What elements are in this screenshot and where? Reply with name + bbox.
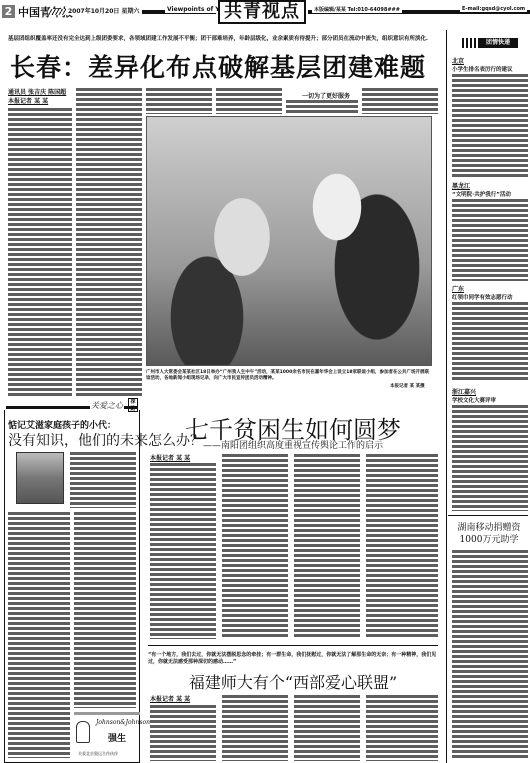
sponsor-slogan: 关爱北京奥运合作伙伴	[78, 751, 118, 757]
story-four-column-4	[366, 695, 438, 761]
brief-title: 学校文化大赛评审	[452, 396, 528, 404]
olympic-emblem-icon	[76, 721, 90, 743]
sidebar-header: 团情快递	[462, 38, 522, 48]
sponsor-ad: Johnson&Johnson 强生 关爱北京奥运合作伙伴	[74, 712, 140, 760]
brief-body	[452, 405, 528, 511]
story-three-column-3	[294, 454, 360, 639]
brief-location: 黑龙江	[452, 181, 470, 190]
story-three-column-4	[366, 454, 438, 639]
page-number: 2	[2, 5, 15, 18]
ad-headline-line-2: 1000万元助学	[450, 534, 528, 546]
hatch-decoration	[48, 9, 66, 15]
issue-date: 2007年10月20日 星期六	[66, 6, 142, 15]
contact-email[interactable]: E-mail:gqsd@cyol.com	[460, 6, 527, 12]
ad-headline-line-1: 湖南移动捐赠资	[450, 522, 528, 534]
brief-body	[452, 74, 528, 178]
editor-info: 本版编辑/某某 Tel:010-64098###	[312, 6, 402, 13]
story-four-column-2	[222, 695, 288, 761]
sidebar-divider	[448, 515, 528, 516]
story-three-byline: 本报记者 某 某	[150, 454, 190, 463]
story-four-quote: “有一个地方，我们去过，你就无法摆脱思念的牵挂；有一群生命，我们抚慰过，你就无法…	[148, 652, 438, 666]
story-four-divider	[148, 645, 438, 646]
byline-reporter: 本报记者 某 某	[8, 97, 48, 106]
child-photo	[16, 452, 64, 504]
ad-body	[452, 550, 528, 760]
brief-body	[452, 302, 528, 382]
story-two-column-c	[74, 512, 136, 708]
ad-headline: 湖南移动捐赠资 1000万元助学	[450, 522, 528, 546]
sidebar-header-label: 团情快递	[478, 38, 518, 48]
story-three-column-1	[150, 463, 216, 639]
story-two-column-a	[70, 452, 136, 508]
brief-title: 红领巾同学有效志愿行动	[452, 293, 528, 301]
lead-paragraph: 基层团组织覆盖率还没有完全达到上级团委要求，各领域团建工作发展不平衡；团干部难培…	[8, 35, 428, 43]
article-column-1	[8, 108, 72, 396]
brief-location: 北京	[452, 56, 464, 65]
brief-title: “文明院·共护我行”活动	[452, 190, 528, 198]
brief-location: 浙江嘉兴	[452, 387, 476, 396]
brief-body	[452, 199, 528, 281]
bars-icon	[462, 38, 476, 48]
story-three-column-2	[222, 454, 288, 639]
subhead-serve: 一切为了更好服务	[286, 91, 366, 100]
byline-correspondent: 通讯员 张吉庆 陈国超	[8, 88, 66, 97]
article-column-2	[76, 88, 142, 396]
story-four-headline: 福建师大有个“西部爱心联盟”	[148, 670, 438, 693]
article-column-3	[146, 88, 212, 114]
story-four-column-3	[294, 695, 360, 761]
main-headline: 长春：差异化布点破解基层团建难题	[8, 48, 428, 84]
sponsor-name-cn: 强生	[108, 731, 126, 744]
article-column-4	[216, 88, 282, 114]
article-column-5	[286, 100, 358, 114]
article-column-6	[362, 88, 438, 114]
story-three-subheadline: ——南阳团组织高度重视宣传舆论工作的启示	[148, 438, 438, 451]
sponsor-brand: Johnson&Johnson	[96, 719, 150, 726]
section-title: 共青视点	[218, 0, 306, 24]
brief-title: 小学生排名表厉行的建议	[452, 65, 528, 73]
story-four-column-1	[150, 705, 216, 761]
news-photo	[146, 116, 432, 366]
story-four-byline: 本报记者 某 某	[150, 695, 190, 704]
photo-caption: 广州市人大常委会某某社区18日举办“广州我人生中午”活动，某某1000余名市民在…	[146, 370, 432, 382]
photo-credit: 本报记者 某 某摄	[390, 383, 425, 389]
brief-location: 广东	[452, 284, 464, 293]
masthead: 2 中国青年报 2007年10月20日 星期六 Viewpoints of Yo…	[0, 0, 530, 28]
story-two-column-b	[8, 512, 70, 758]
